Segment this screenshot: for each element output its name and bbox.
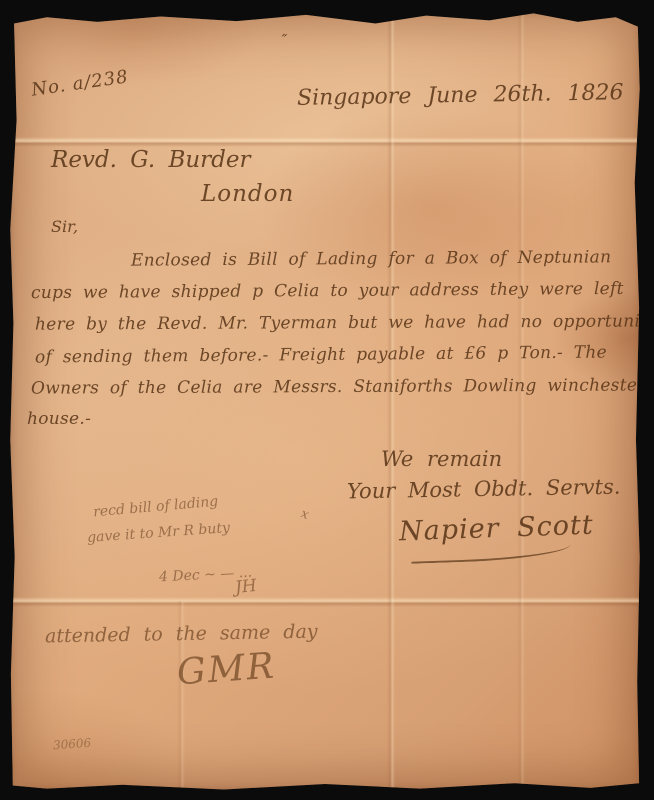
received-note-initials: JH [234,576,258,598]
recipient-city: London [201,181,294,207]
vertical-fold-crease [517,11,525,791]
horizontal-fold-crease [9,137,641,147]
top-ditto-mark: ″ [280,31,288,50]
received-note-line: recd bill of lading [93,494,219,521]
vertical-fold-crease [387,11,395,791]
archive-number: No. a/238 [30,66,130,100]
closing-line: We remain [381,447,502,471]
docket-initials: GMR [176,646,277,694]
photo-black-background: ″ No. a/238 Singapore June 26th. 1826 Re… [0,0,654,800]
corner-pencil-mark: 30606 [53,736,92,753]
closing-line: Your Most Obdt. Servts. [347,475,621,504]
received-note-cross-mark: x [299,506,311,523]
recipient-name: Revd. G. Burder [51,147,250,173]
body-line: house.- [27,409,91,429]
signature: Napier Scott [399,510,595,548]
body-line: Enclosed is Bill of Lading for a Box of … [131,247,611,270]
letter-paper: ″ No. a/238 Singapore June 26th. 1826 Re… [9,11,641,791]
horizontal-fold-crease [9,597,641,607]
body-line: cups we have shipped p Celia to your add… [31,279,624,303]
body-line: of sending them before.- Freight payable… [35,343,607,368]
body-line: here by the Revd. Mr. Tyerman but we hav… [35,311,654,334]
dateline: Singapore June 26th. 1826 [297,80,624,111]
received-note-line: gave it to Mr R buty [87,520,231,546]
docket-note: attended to the same day [45,621,318,648]
body-line: Owners of the Celia are Messrs. Stanifor… [31,375,643,398]
salutation: Sir, [51,217,78,236]
